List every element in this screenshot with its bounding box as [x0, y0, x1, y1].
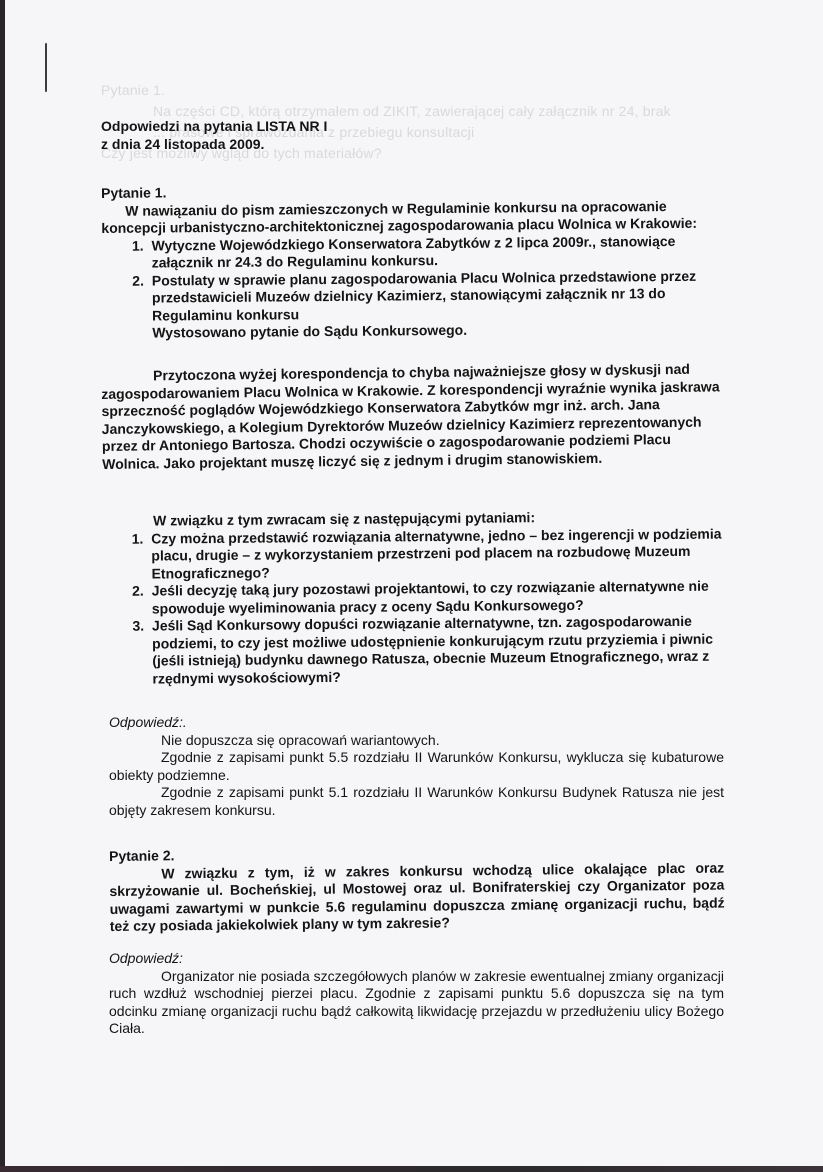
answer-1: Odpowiedź:. Nie dopuszcza się opracowań … [109, 714, 724, 819]
scanner-edge [0, 1166, 823, 1172]
question-1-references: Wytyczne Wojewódzkiego Konserwatora Zaby… [101, 232, 732, 325]
answer-paragraph: Nie dopuszcza się opracowań wariantowych… [109, 732, 724, 750]
answer-2: Odpowiedź: Organizator nie posiada szcze… [109, 950, 724, 1038]
answer-paragraph: Zgodnie z zapisami punkt 5.1 rozdziału I… [109, 784, 724, 819]
document-header: Odpowiedzi na pytania LISTA NR I z dnia … [101, 118, 731, 153]
answer-2-text: Organizator nie posiada szczegółowych pl… [109, 968, 724, 1038]
paragraph-text: Przytoczona wyżej korespondencja to chyb… [101, 360, 732, 473]
question-2: Pytanie 2. W związku z tym, iż w zakres … [109, 842, 725, 936]
question-item: Czy można przedstawić rozwiązania altern… [147, 525, 731, 583]
answer-2-label: Odpowiedź: [109, 950, 724, 968]
questions-list: Czy można przedstawić rozwiązania altern… [101, 525, 732, 688]
question-1: Pytanie 1. W nawiązaniu do pism zamieszc… [101, 180, 732, 343]
bleed-line: Pytanie 1. [101, 80, 731, 101]
question-item: Jeśli decyzję taką jury pozostawi projek… [148, 577, 732, 617]
question-item: Jeśli Sąd Konkursowy dopuści rozwiązanie… [148, 612, 733, 687]
reference-item: Postulaty w sprawie planu zagospodarowan… [148, 267, 732, 325]
answer-1-label: Odpowiedź:. [109, 714, 724, 732]
answer-paragraph: Zgodnie z zapisami punkt 5.5 rozdziału I… [109, 749, 724, 784]
header-date: z dnia 24 listopada 2009. [101, 136, 731, 154]
header-title: Odpowiedzi na pytania LISTA NR I [101, 118, 731, 136]
reference-item: Wytyczne Wojewódzkiego Konserwatora Zaby… [147, 232, 731, 272]
question-1-paragraph: Przytoczona wyżej korespondencja to chyb… [101, 360, 732, 473]
staple-mark [45, 43, 47, 92]
question-1-intro: W nawiązaniu do pism zamieszczonych w Re… [101, 197, 731, 237]
question-1-questions: W związku z tym zwracam się z następując… [101, 508, 733, 688]
scanned-page: Pytanie 1. Na części CD, którą otrzymałe… [5, 0, 823, 1166]
question-2-text: W związku z tym, iż w zakres konkursu wc… [109, 859, 725, 935]
